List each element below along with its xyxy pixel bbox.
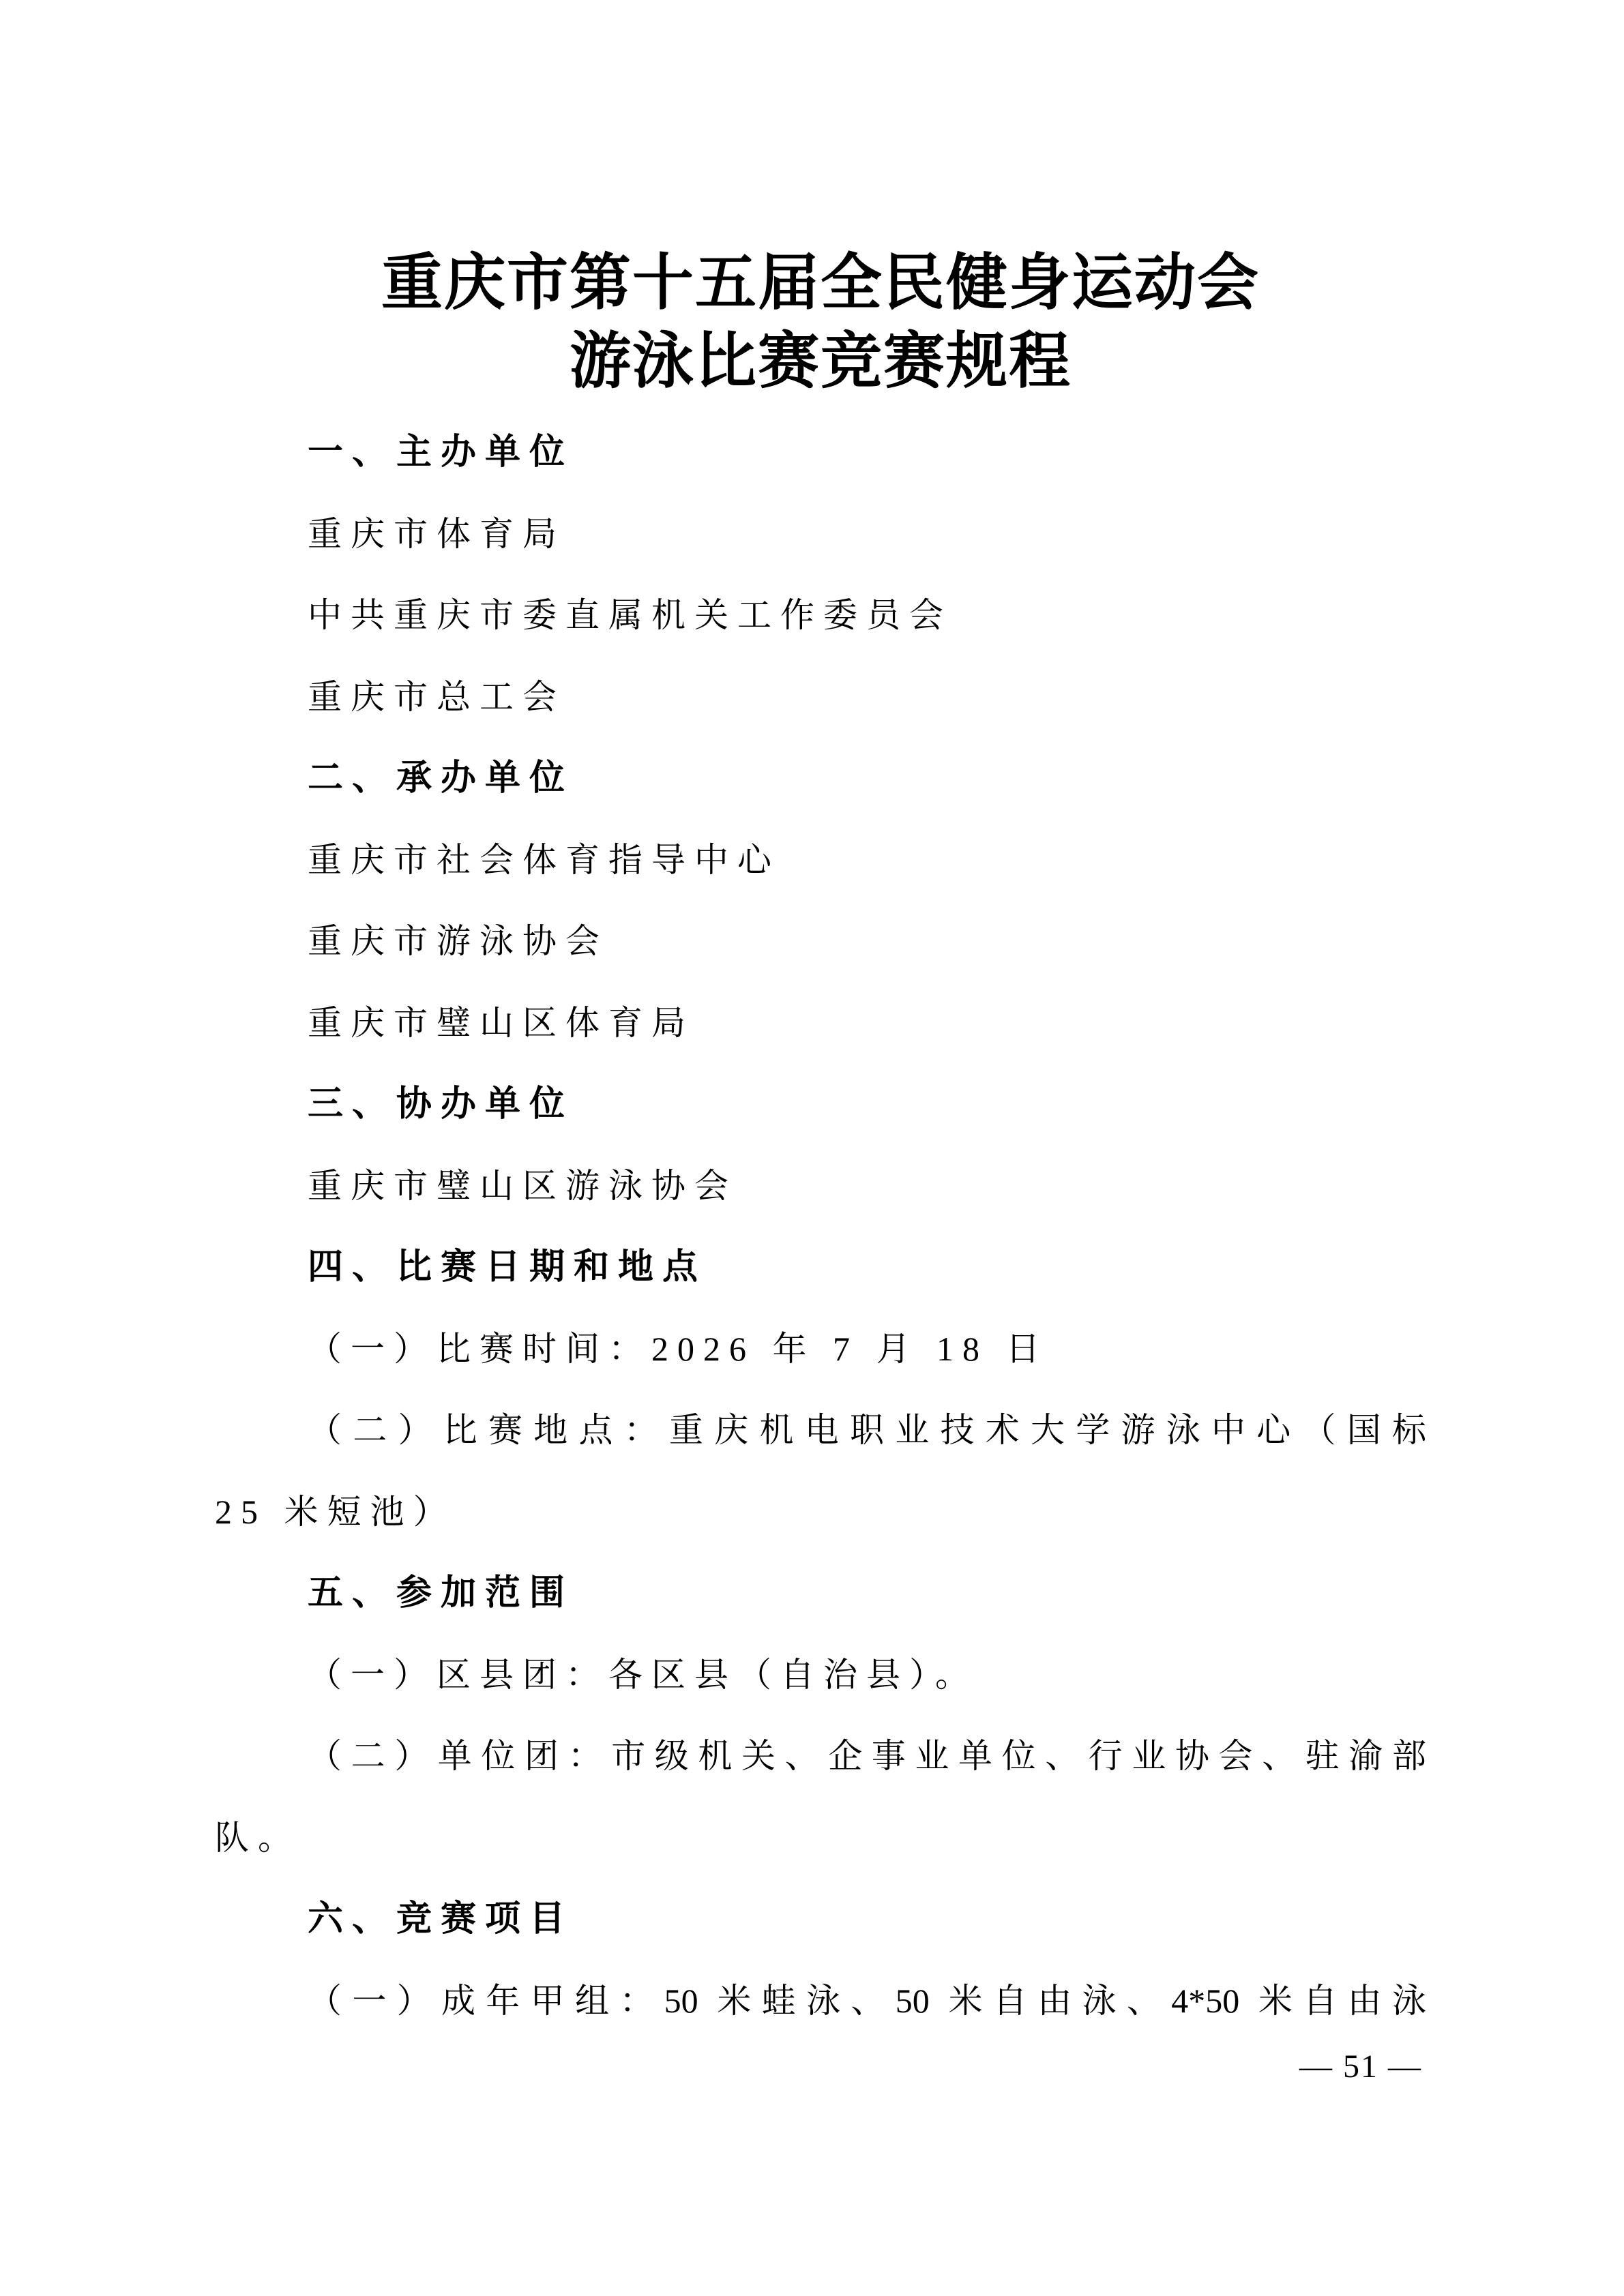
- organizer-unit-line: 重庆市璧山区体育局: [215, 983, 1426, 1064]
- heading-coorganizer-units: 三、协办单位: [215, 1064, 1426, 1146]
- venue-continuation-line: 25 米短池）: [215, 1472, 1426, 1553]
- document-content: 重庆市第十五届全民健身运动会 游泳比赛竞赛规程 一、主办单位 重庆市体育局 中共…: [215, 244, 1426, 2042]
- host-unit-line: 中共重庆市委直属机关工作委员会: [215, 575, 1426, 657]
- host-unit-line: 重庆市体育局: [215, 494, 1426, 576]
- page-number: — 51 —: [1299, 2048, 1422, 2085]
- heading-host-units: 一、主办单位: [215, 412, 1426, 494]
- heading-participation-scope: 五、参加范围: [215, 1553, 1426, 1635]
- district-team-line: （一）区县团：各区县（自治县）。: [215, 1635, 1426, 1716]
- competition-venue-line: （二）比赛地点：重庆机电职业技术大学游泳中心（国标: [215, 1390, 1426, 1472]
- competition-time-line: （一）比赛时间：2026 年 7 月 18 日: [215, 1309, 1426, 1390]
- document-title-line1: 重庆市第十五届全民健身运动会: [215, 244, 1426, 323]
- document-title-block: 重庆市第十五届全民健身运动会 游泳比赛竞赛规程: [215, 244, 1426, 401]
- host-unit-line: 重庆市总工会: [215, 657, 1426, 739]
- adult-group-a-events-line: （一）成年甲组：50 米蛙泳、50 米自由泳、4*50 米自由泳: [215, 1960, 1426, 2042]
- heading-organizer-units: 二、承办单位: [215, 738, 1426, 820]
- document-title-line2: 游泳比赛竞赛规程: [215, 323, 1426, 401]
- organizer-unit-line: 重庆市社会体育指导中心: [215, 820, 1426, 901]
- document-page: 重庆市第十五届全民健身运动会 游泳比赛竞赛规程 一、主办单位 重庆市体育局 中共…: [0, 0, 1624, 2296]
- unit-team-continuation-line: 队。: [215, 1798, 1426, 1879]
- coorganizer-unit-line: 重庆市璧山区游泳协会: [215, 1146, 1426, 1227]
- unit-team-line: （二）单位团：市级机关、企事业单位、行业协会、驻渝部: [215, 1716, 1426, 1798]
- heading-date-and-venue: 四、比赛日期和地点: [215, 1227, 1426, 1309]
- heading-competition-events: 六、竞赛项目: [215, 1879, 1426, 1960]
- organizer-unit-line: 重庆市游泳协会: [215, 901, 1426, 983]
